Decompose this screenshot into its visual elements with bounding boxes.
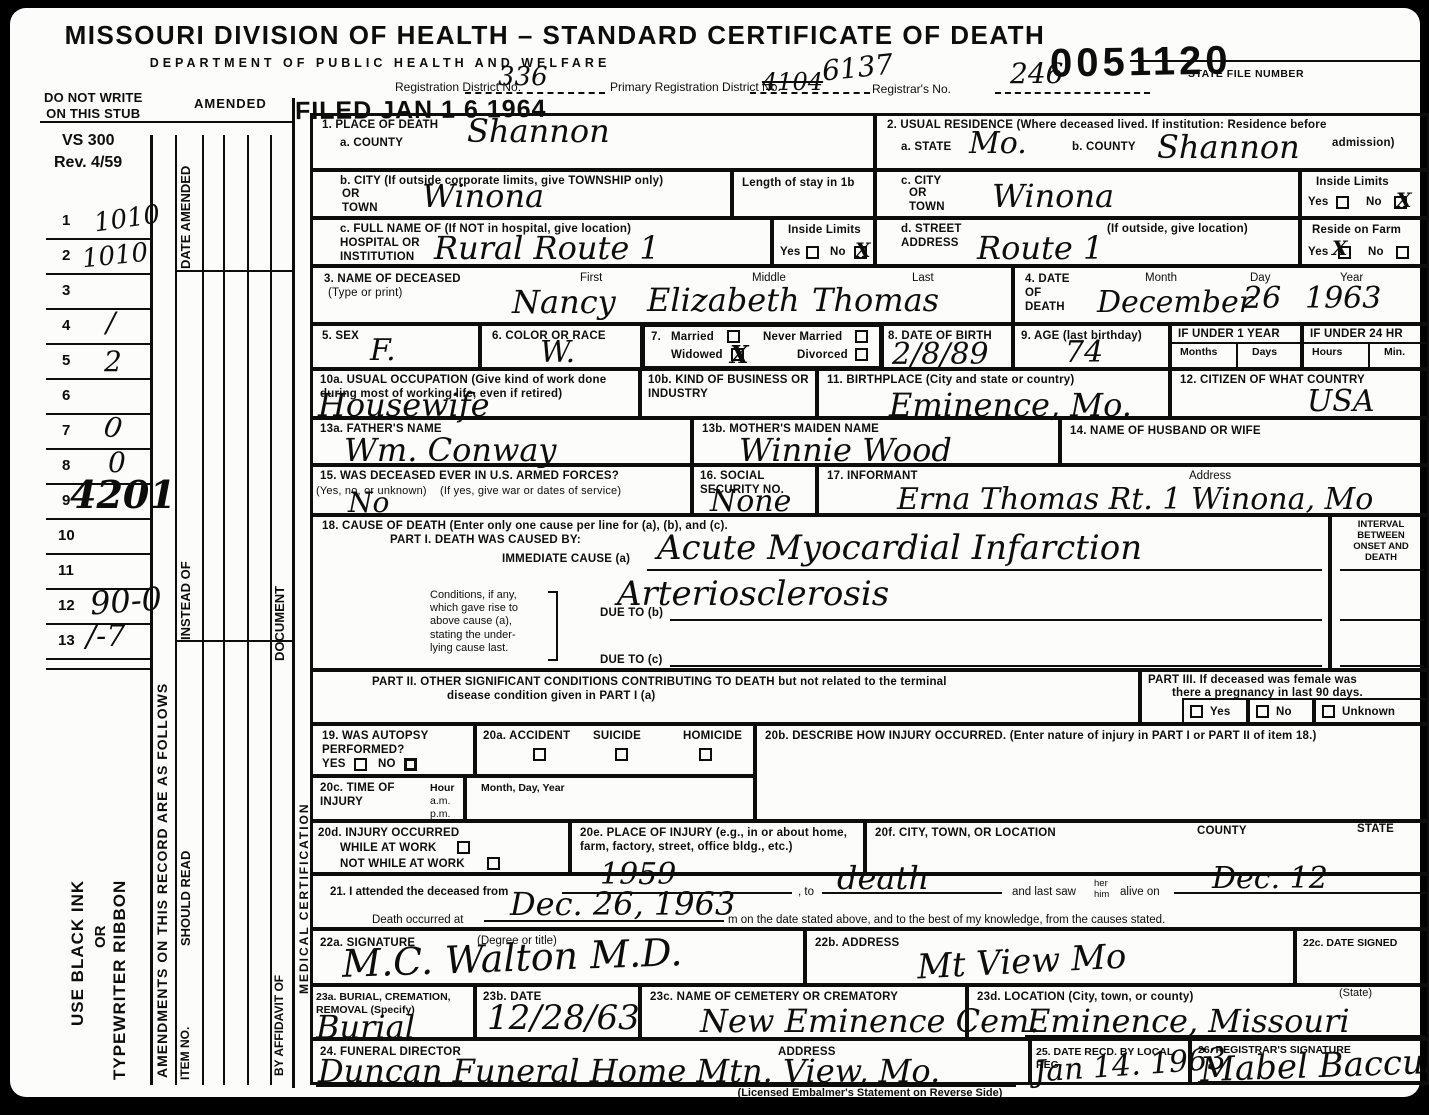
field-date-signed: 22c. DATE SIGNED bbox=[1295, 929, 1429, 985]
field-if-under-1-year: IF UNDER 1 YEAR Months Days bbox=[1170, 324, 1302, 369]
death-inside-no-mark: X bbox=[855, 240, 871, 260]
immediate-cause-value: Acute Myocardial Infarction bbox=[657, 531, 1142, 565]
part2-label: PART II. OTHER SIGNIFICANT CONDITIONS CO… bbox=[372, 676, 947, 690]
field-father-name: 13a. FATHER'S NAME Wm. Conway bbox=[310, 418, 692, 465]
middle-name-value: Elizabeth bbox=[647, 284, 800, 316]
date-of-death-label: 4. DATE OF DEATH bbox=[1025, 273, 1070, 314]
homicide-label: HOMICIDE bbox=[683, 730, 742, 744]
residence-inside-limits-label: Inside Limits bbox=[1316, 176, 1389, 190]
under-24-hr-label: IF UNDER 24 HR bbox=[1310, 328, 1403, 342]
field-spouse-name: 14. NAME OF HUSBAND OR WIFE bbox=[1060, 418, 1429, 465]
usual-residence-label2: admission) bbox=[1332, 137, 1395, 151]
part3-yes-cell: Yes bbox=[1182, 698, 1248, 724]
while-at-work-label: WHILE AT WORK bbox=[340, 842, 437, 856]
injury-mdy-label: Month, Day, Year bbox=[481, 782, 565, 795]
registrar-no-label: Registrar's No. bbox=[872, 82, 951, 96]
months-label: Months bbox=[1180, 346, 1217, 359]
field-cemetery: 23c. NAME OF CEMETERY OR CREMATORY New E… bbox=[640, 985, 967, 1039]
her-label: her bbox=[1094, 878, 1108, 889]
armed-forces-sub2: (If yes, give war or dates of service) bbox=[440, 485, 621, 498]
ssn-value: None bbox=[710, 487, 791, 517]
do-not-write-label: DO NOT WRITE ON THIS STUB bbox=[44, 90, 142, 121]
first-name-value: Nancy bbox=[512, 286, 616, 318]
field-date-received: 25. DATE RECD. BY LOCAL REG. Jan 14. 196… bbox=[1030, 1039, 1190, 1085]
him-label: him bbox=[1094, 889, 1109, 900]
street-address-label: d. STREET ADDRESS bbox=[901, 223, 962, 251]
field-injury-at-work: 20d. INJURY OCCURRED WHILE AT WORK NOT W… bbox=[310, 821, 570, 874]
reside-on-farm-label: Reside on Farm bbox=[1312, 224, 1401, 238]
place-of-death-label: 1. PLACE OF DEATH bbox=[322, 119, 438, 133]
am-label: a.m. bbox=[430, 795, 450, 808]
accident-label: 20a. ACCIDENT bbox=[483, 730, 570, 744]
residence-inside-yes-label: Yes bbox=[1308, 196, 1328, 210]
field-physician-address: 22b. ADDRESS Mt View Mo bbox=[805, 929, 1295, 985]
field-length-of-stay: Length of stay in 1b bbox=[732, 170, 875, 218]
field-marital-status: 7. Married Never Married Widowed X Divor… bbox=[642, 324, 882, 369]
pregnancy-no-label: No bbox=[1276, 706, 1292, 720]
stub-row: 11010 bbox=[46, 204, 150, 240]
residence-inside-no-mark: X bbox=[1396, 190, 1412, 210]
stub-row: 3 bbox=[46, 274, 150, 310]
field-mother-name: 13b. MOTHER'S MAIDEN NAME Winnie Wood bbox=[692, 418, 1060, 465]
never-married-label: Never Married bbox=[763, 331, 842, 345]
field-sex: 5. SEX F. bbox=[310, 324, 480, 369]
death-inside-yes-checkbox bbox=[806, 246, 819, 259]
certificate-paper: MISSOURI DIVISION OF HEALTH – STANDARD C… bbox=[10, 8, 1420, 1097]
conditions-note: Conditions, if any, which gave rise to a… bbox=[430, 589, 518, 655]
physician-signature-value: M.C. Walton M.D. bbox=[341, 933, 682, 983]
injury-work-label: 20d. INJURY OCCURRED bbox=[318, 827, 459, 841]
field-usual-residence: 2. USUAL RESIDENCE (Where deceased lived… bbox=[875, 113, 1429, 170]
death-inside-no-label: No bbox=[830, 246, 846, 260]
accident-checkbox bbox=[533, 748, 546, 761]
field-informant: 17. INFORMANT Address Erna Thomas Rt. 1 … bbox=[817, 465, 1429, 515]
street-note: (If outside, give location) bbox=[1107, 223, 1248, 237]
divorced-checkbox bbox=[855, 348, 868, 361]
due-to-b-value: Arteriosclerosis bbox=[617, 577, 889, 611]
occupation-value: Housewife bbox=[318, 389, 490, 421]
industry-label: 10b. KIND OF BUSINESS OR INDUSTRY bbox=[648, 374, 815, 402]
embalmer-note: (Licensed Embalmer's Statement on Revers… bbox=[650, 1087, 1090, 1099]
death-month-value: December bbox=[1097, 288, 1253, 318]
field-ssn: 16. SOCIAL SECURITY NO. None bbox=[692, 465, 817, 515]
deceased-label: 3. NAME OF DECEASED bbox=[324, 273, 461, 287]
armed-forces-value: No bbox=[348, 489, 389, 517]
death-day-value: 26 bbox=[1243, 284, 1281, 314]
field-death-inside-limits: Inside Limits Yes No X bbox=[772, 218, 875, 266]
part3-no-cell: No bbox=[1248, 698, 1314, 724]
residence-city-value: Winona bbox=[992, 180, 1114, 212]
length-of-stay-label: Length of stay in 1b bbox=[742, 177, 855, 191]
amendments-vertical-label: AMENDMENTS ON THIS RECORD ARE AS FOLLOWS bbox=[154, 188, 170, 1078]
field-age: 9. AGE (last birthday) 74 bbox=[1013, 324, 1170, 369]
attended-label: 21. I attended the deceased from bbox=[330, 886, 508, 898]
not-while-at-work-checkbox bbox=[487, 857, 500, 870]
death-inside-yes-label: Yes bbox=[780, 246, 800, 260]
death-occurred-value: Dec. 26, 1963 bbox=[510, 888, 735, 920]
death-occurred-label: Death occurred at bbox=[372, 914, 463, 926]
injury-time-label: 20c. TIME OF INJURY bbox=[320, 782, 395, 810]
residence-county-label: b. COUNTY bbox=[1072, 141, 1136, 155]
field-registrar-signature: 26. REGISTRAR'S SIGNATURE Mabel Baccus bbox=[1190, 1039, 1429, 1085]
field-cemetery-location: 23d. LOCATION (City, town, or county) (S… bbox=[967, 985, 1429, 1039]
field-attended: 21. I attended the deceased from 1959 , … bbox=[310, 874, 1429, 929]
farm-yes-label: Yes bbox=[1308, 246, 1328, 260]
field-institution: c. FULL NAME OF (If NOT in hospital, giv… bbox=[310, 218, 772, 266]
field-injury-description: 20b. DESCRIBE HOW INJURY OCCURRED. (Ente… bbox=[755, 724, 1429, 821]
informant-value: Erna Thomas Rt. 1 Winona, Mo bbox=[897, 485, 1373, 515]
field-funeral-director: 24. FUNERAL DIRECTOR ADDRESS Duncan Fune… bbox=[310, 1039, 1030, 1085]
burial-date-value: 12/28/63 bbox=[487, 1001, 640, 1035]
field-burial-date: 23b. DATE 12/28/63 bbox=[475, 985, 640, 1039]
attended-tail-label: m on the date stated above, and to the b… bbox=[728, 914, 1165, 926]
field-birthplace: 11. BIRTHPLACE (City and state or countr… bbox=[817, 369, 1170, 418]
field-cause-of-death: 18. CAUSE OF DEATH (Enter only one cause… bbox=[310, 515, 1330, 670]
injury-county-label: COUNTY bbox=[1197, 825, 1247, 839]
state-file-number-label: STATE FILE NUMBER bbox=[1188, 68, 1304, 81]
age-value: 74 bbox=[1065, 338, 1103, 368]
death-month-label: Month bbox=[1145, 272, 1177, 284]
date-amended-vertical-label: DATE AMENDED bbox=[178, 143, 193, 269]
registration-district-value: 336 bbox=[498, 64, 548, 90]
should-read-vertical-label: SHOULD READ bbox=[178, 836, 193, 946]
autopsy-yes-checkbox bbox=[354, 758, 367, 771]
residence-inside-no-label: No bbox=[1366, 196, 1382, 210]
injury-state-label: STATE bbox=[1357, 823, 1394, 837]
residence-county-value: Shannon bbox=[1157, 131, 1300, 163]
homicide-checkbox bbox=[699, 748, 712, 761]
attended-to-label: , to bbox=[798, 886, 814, 898]
field-part2: PART II. OTHER SIGNIFICANT CONDITIONS CO… bbox=[310, 670, 1140, 724]
field-injury-date: Month, Day, Year bbox=[465, 776, 755, 821]
certificate-subtitle: DEPARTMENT OF PUBLIC HEALTH AND WELFARE bbox=[100, 56, 660, 70]
armed-forces-label: 15. WAS DECEASED EVER IN U.S. ARMED FORC… bbox=[320, 470, 619, 484]
field-street-address: d. STREET ADDRESS (If outside, give loca… bbox=[875, 218, 1300, 266]
residence-state-value: Mo. bbox=[969, 129, 1027, 159]
days-label: Days bbox=[1252, 346, 1277, 359]
field-date-of-birth: 8. DATE OF BIRTH 2/8/89 bbox=[882, 324, 1013, 369]
date-signed-label: 22c. DATE SIGNED bbox=[1303, 937, 1397, 950]
stub-row: 70 bbox=[46, 414, 150, 450]
amended-label: AMENDED bbox=[194, 96, 267, 112]
physician-address-label: 22b. ADDRESS bbox=[815, 937, 899, 951]
farm-no-label: No bbox=[1368, 246, 1384, 260]
under-1-year-label: IF UNDER 1 YEAR bbox=[1178, 328, 1280, 342]
field-industry: 10b. KIND OF BUSINESS OR INDUSTRY bbox=[640, 369, 817, 418]
citizen-value: USA bbox=[1307, 387, 1375, 417]
field-date-of-death: 4. DATE OF DEATH Month Day Year December… bbox=[1013, 266, 1429, 324]
suicide-label: SUICIDE bbox=[593, 730, 641, 744]
field-physician-signature: 22a. SIGNATURE (Degree or title) M.C. Wa… bbox=[310, 929, 805, 985]
field-reside-on-farm: Reside on Farm Yes X No bbox=[1300, 218, 1429, 266]
county-label: a. COUNTY bbox=[340, 137, 403, 151]
typewriter-ribbon-vertical-label: TYPEWRITER RIBBON bbox=[110, 790, 130, 1080]
widowed-label: Widowed bbox=[671, 349, 723, 363]
pregnancy-yes-label: Yes bbox=[1210, 706, 1230, 720]
field-name-of-deceased: 3. NAME OF DECEASED (Type or print) Firs… bbox=[310, 266, 1013, 324]
field-burial: 23a. BURIAL, CREMATION, REMOVAL (Specify… bbox=[310, 985, 475, 1039]
cemetery-location-value: Eminence, Missouri bbox=[1027, 1005, 1350, 1037]
field-if-under-24-hr: IF UNDER 24 HR Hours Min. bbox=[1302, 324, 1429, 369]
field-place-of-death: 1. PLACE OF DEATH a. COUNTY Shannon bbox=[310, 113, 875, 170]
funeral-director-value: Duncan Funeral Home Mtn. View, Mo. bbox=[318, 1055, 940, 1087]
pregnancy-unknown-label: Unknown bbox=[1342, 706, 1395, 720]
form-code: VS 300 bbox=[62, 132, 114, 150]
field-color-or-race: 6. COLOR OR RACE W. bbox=[480, 324, 642, 369]
last-name-value: Thomas bbox=[812, 284, 939, 316]
street-address-value: Route 1 bbox=[977, 232, 1103, 264]
interval-label: INTERVAL BETWEEN ONSET AND DEATH bbox=[1336, 520, 1426, 564]
widowed-mark: X bbox=[730, 343, 749, 367]
informant-address-label: Address bbox=[1189, 470, 1231, 482]
cause-part1-label: PART I. DEATH WAS CAUSED BY: bbox=[390, 534, 581, 548]
alive-on-value: Dec. 12 bbox=[1212, 864, 1328, 894]
residence-state-label: a. STATE bbox=[901, 141, 951, 155]
race-value: W. bbox=[540, 338, 575, 368]
part3-label: PART III. If deceased was female was bbox=[1148, 674, 1357, 688]
field-injury-location: 20f. CITY, TOWN, OR LOCATION COUNTY STAT… bbox=[865, 821, 1429, 874]
by-affidavit-vertical-label: BY AFFIDAVIT OF bbox=[272, 916, 286, 1076]
stub-row: 10 bbox=[46, 519, 150, 555]
not-while-at-work-label: NOT WHILE AT WORK bbox=[340, 858, 465, 872]
stub-row: 13/-7 bbox=[46, 624, 150, 660]
form-revision: Rev. 4/59 bbox=[54, 154, 122, 172]
farm-no-checkbox bbox=[1396, 246, 1409, 259]
sex-label: 5. SEX bbox=[322, 330, 359, 344]
due-to-c-label: DUE TO (c) bbox=[600, 654, 663, 668]
part2-label2: disease condition given in PART I (a) bbox=[447, 690, 655, 704]
residence-inside-yes-checkbox bbox=[1336, 196, 1349, 209]
primary-registration-value: 6137 bbox=[821, 50, 895, 85]
deceased-sub-label: (Type or print) bbox=[328, 287, 403, 301]
or-vertical-label: OR bbox=[92, 908, 109, 948]
stub-row: 52 bbox=[46, 344, 150, 380]
spouse-label: 14. NAME OF HUSBAND OR WIFE bbox=[1070, 425, 1261, 439]
field-citizen: 12. CITIZEN OF WHAT COUNTRY USA bbox=[1170, 369, 1429, 418]
injury-place-label: 20e. PLACE OF INJURY (e.g., in or about … bbox=[580, 827, 847, 855]
autopsy-no-checkbox bbox=[404, 758, 417, 771]
field-manner-of-death: 20a. ACCIDENT SUICIDE HOMICIDE bbox=[475, 724, 755, 776]
divorced-label: Divorced bbox=[797, 349, 848, 363]
field-occupation: 10a. USUAL OCCUPATION (Give kind of work… bbox=[310, 369, 640, 418]
suicide-checkbox bbox=[615, 748, 628, 761]
hours-label: Hours bbox=[1312, 346, 1342, 359]
alive-on-label: alive on bbox=[1120, 886, 1160, 898]
certificate-title: MISSOURI DIVISION OF HEALTH – STANDARD C… bbox=[50, 20, 1060, 51]
part3-unknown-cell: Unknown bbox=[1314, 698, 1429, 724]
item-no-vertical-label: ITEM NO. bbox=[178, 1000, 192, 1080]
farm-yes-mark: X bbox=[1332, 238, 1348, 258]
hour-label: Hour bbox=[430, 782, 455, 795]
registrar-no-value: 246 bbox=[1010, 60, 1063, 88]
father-value: Wm. Conway bbox=[344, 434, 556, 466]
field-residence-inside-limits: Inside Limits Yes No X bbox=[1300, 170, 1429, 218]
field-interval: INTERVAL BETWEEN ONSET AND DEATH bbox=[1330, 515, 1429, 670]
married-label: Married bbox=[671, 331, 714, 345]
residence-or-town-label: OR TOWN bbox=[909, 187, 945, 215]
field-injury-time: 20c. TIME OF INJURY Hour a.m. p.m. bbox=[310, 776, 465, 821]
field-armed-forces: 15. WAS DECEASED EVER IN U.S. ARMED FORC… bbox=[310, 465, 692, 515]
autopsy-yes-label: YES bbox=[322, 758, 346, 772]
cemetery-state-label: (State) bbox=[1339, 987, 1372, 999]
stub-row: 21010 bbox=[46, 239, 150, 275]
institution-value: Rural Route 1 bbox=[434, 232, 660, 264]
document-vertical-label: DOCUMENT bbox=[272, 506, 287, 661]
death-inside-limits-label: Inside Limits bbox=[788, 224, 861, 238]
city-or-town-label: OR TOWN bbox=[342, 188, 378, 216]
stub-row: 94201 bbox=[46, 484, 150, 520]
primary-registration-crossed: 4104 bbox=[762, 70, 823, 94]
pregnancy-yes-checkbox bbox=[1190, 705, 1203, 718]
stub-row: 4/ bbox=[46, 309, 150, 345]
due-to-b-label: DUE TO (b) bbox=[600, 607, 663, 621]
county-value: Shannon bbox=[467, 115, 610, 147]
last-saw-label: and last saw bbox=[1012, 886, 1076, 898]
field-autopsy: 19. WAS AUTOPSY PERFORMED? YES NO bbox=[310, 724, 475, 776]
injury-loc-label: 20f. CITY, TOWN, OR LOCATION bbox=[875, 827, 1056, 841]
marital-num: 7. bbox=[651, 331, 661, 345]
medical-certification-vertical-label: MEDICAL CERTIFICATION bbox=[297, 494, 311, 994]
pm-label: p.m. bbox=[430, 808, 450, 821]
pregnancy-unknown-checkbox bbox=[1322, 705, 1335, 718]
use-black-ink-vertical-label: USE BLACK INK bbox=[68, 856, 88, 1026]
birthplace-value: Eminence, Mo. bbox=[889, 389, 1132, 421]
autopsy-label: 19. WAS AUTOPSY PERFORMED? bbox=[322, 730, 429, 758]
attended-to-value: death bbox=[837, 862, 929, 894]
never-married-checkbox bbox=[855, 330, 868, 343]
city-of-death-value: Winona bbox=[422, 180, 544, 212]
stub-row: 6 bbox=[46, 379, 150, 415]
death-year-value: 1963 bbox=[1305, 284, 1381, 314]
mother-value: Winnie Wood bbox=[739, 434, 952, 466]
birth-value: 2/8/89 bbox=[892, 340, 989, 370]
field-city-of-death: b. CITY (If outside corporate limits, gi… bbox=[310, 170, 732, 218]
physician-address-value: Mt View Mo bbox=[916, 940, 1127, 985]
while-at-work-checkbox bbox=[457, 841, 470, 854]
min-label: Min. bbox=[1384, 346, 1405, 359]
field-residence-city: c. CITY OR TOWN Winona bbox=[875, 170, 1300, 218]
autopsy-no-label: NO bbox=[378, 758, 396, 772]
pregnancy-no-checkbox bbox=[1256, 705, 1269, 718]
immediate-cause-label: IMMEDIATE CAUSE (a) bbox=[502, 553, 630, 567]
sex-value: F. bbox=[370, 336, 396, 366]
injury-desc-label: 20b. DESCRIBE HOW INJURY OCCURRED. (Ente… bbox=[765, 730, 1317, 744]
instead-of-vertical-label: INSTEAD OF bbox=[178, 536, 193, 640]
